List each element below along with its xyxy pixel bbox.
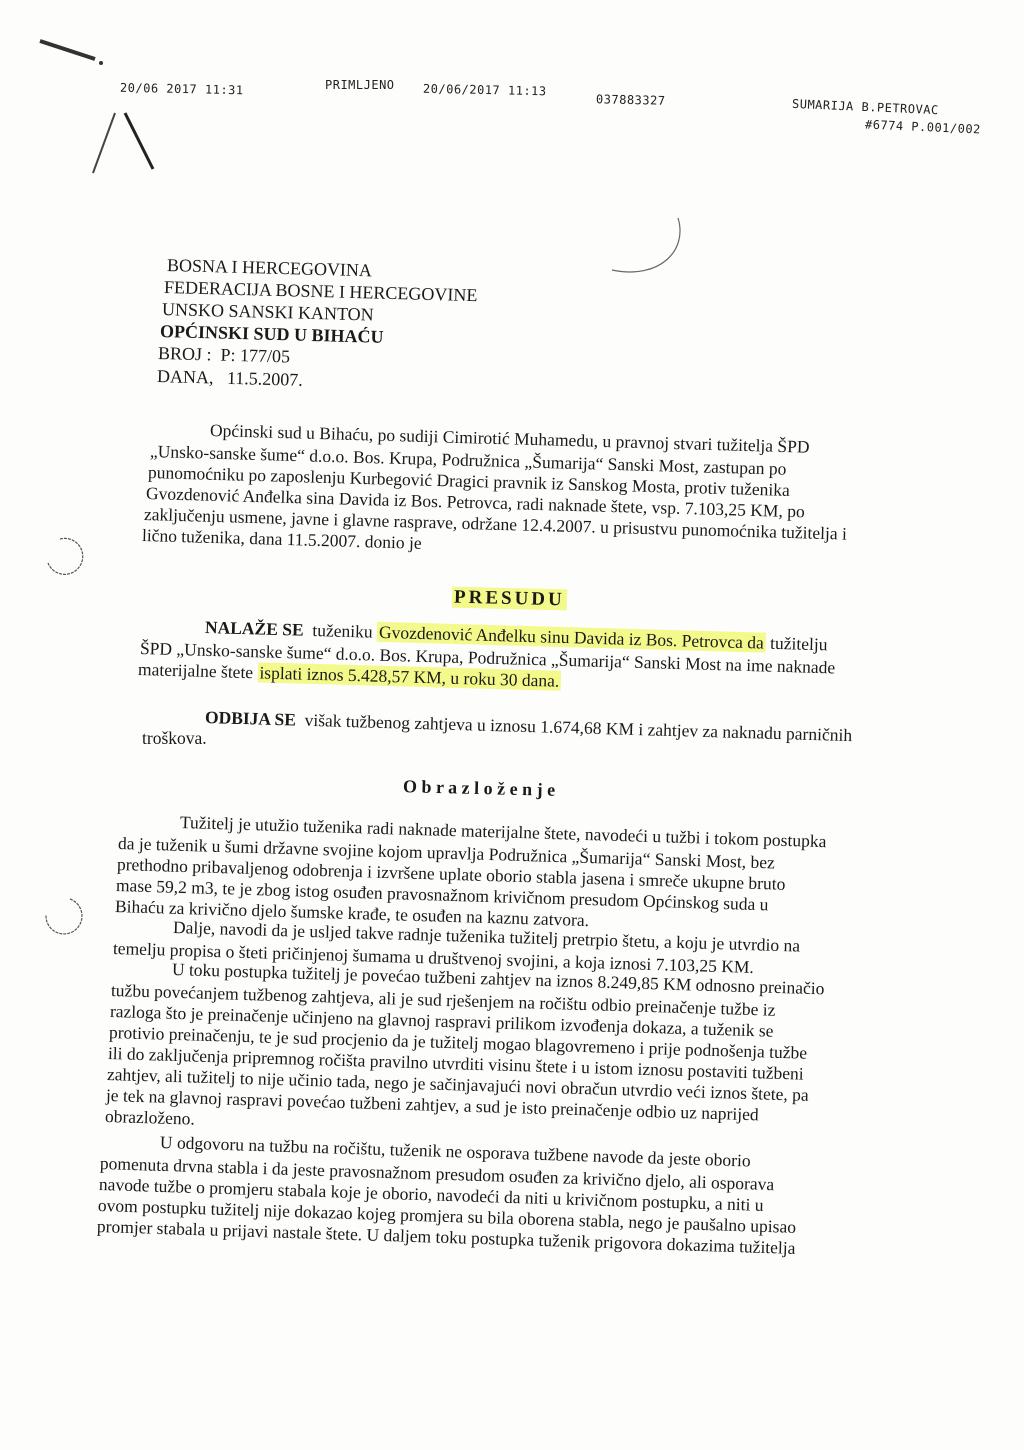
header-case-number: BROJ : P: 177/05: [158, 343, 291, 367]
date-value: 11.5.2007.: [227, 368, 303, 390]
order-text: tužitelju: [770, 633, 828, 655]
punch-hole-icon: [40, 895, 90, 945]
reject-line: ODBIJA SE višak tužbenog zahtjeva u izno…: [205, 707, 853, 745]
reject-lead: ODBIJA SE: [205, 707, 296, 730]
date-label: DANA,: [157, 366, 214, 387]
order-text: materijalne štete: [138, 659, 254, 682]
fax-number: 037883327: [596, 92, 666, 107]
handwritten-mark-icon: [85, 105, 175, 185]
fax-sender: SUMARIJA B.PETROVAC: [792, 97, 939, 117]
order-lead: NALAŽE SE: [205, 617, 304, 640]
fax-sent-time: 20/06 2017 11:31: [120, 81, 244, 98]
document-page: 20/06 2017 11:31 PRIMLJENO 20/06/2017 11…: [0, 0, 1024, 1450]
order-text: tuženiku: [312, 620, 373, 642]
case-number-label: BROJ :: [158, 343, 212, 364]
verdict-title-text: PRESUDU: [452, 587, 567, 611]
punch-hole-icon: [40, 535, 90, 585]
verdict-title: PRESUDU: [452, 587, 567, 612]
pen-curve-mark-icon: [600, 210, 700, 290]
reject-text: višak tužbenog zahtjeva u iznosu 1.674,6…: [304, 710, 852, 745]
reasoning-line: obrazloženo.: [105, 1106, 195, 1129]
fax-received-label: PRIMLJENO: [325, 78, 395, 92]
reasoning-title: O b r a z l o ž e n j e: [403, 776, 556, 801]
fax-received-time: 20/06/2017 11:13: [423, 82, 547, 99]
staple-mark-icon: [35, 35, 105, 70]
reject-line: troškova.: [142, 728, 207, 748]
fax-page-info: #6774 P.001/002: [865, 117, 981, 136]
case-number: P: 177/05: [220, 345, 290, 367]
header-date: DANA, 11.5.2007.: [157, 366, 303, 391]
